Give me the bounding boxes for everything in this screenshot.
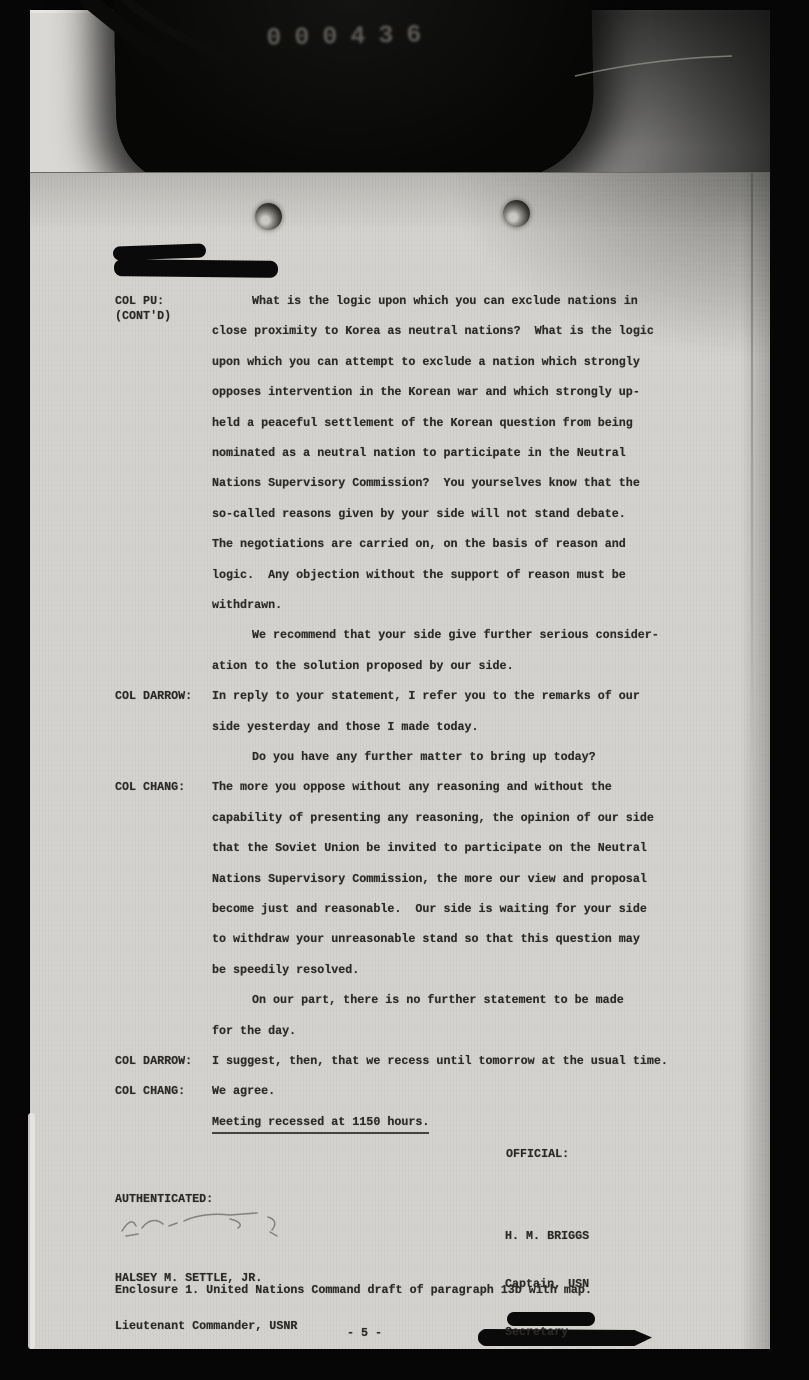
speaker-label: COL DARROW:	[115, 689, 192, 703]
transcript-text: close proximity to Korea as neutral nati…	[212, 324, 654, 338]
transcript-text: withdrawn.	[212, 598, 282, 612]
enclosure-line: Enclosure 1. United Nations Command draf…	[115, 1283, 592, 1297]
speaker-label: COL CHANG:	[115, 780, 185, 794]
film-counter-device: 000436	[113, 0, 596, 187]
redaction-mark	[114, 259, 278, 278]
transcript-text: The more you oppose without any reasonin…	[212, 780, 612, 794]
paper-fastener-left	[255, 203, 282, 230]
transcript-text: The negotiations are carried on, on the …	[212, 537, 626, 551]
transcript-text: In reply to your statement, I refer you …	[212, 689, 640, 703]
transcript-text: I suggest, then, that we recess until to…	[212, 1054, 668, 1068]
officer-right-name: H. M. BRIGGS	[505, 1228, 589, 1244]
transcript-text: We agree.	[212, 1084, 275, 1098]
speaker-label: COL DARROW:	[115, 1054, 192, 1068]
speaker-label-contd: (CONT'D)	[115, 309, 171, 323]
transcript-text: Nations Supervisory Commission? You your…	[212, 476, 640, 490]
transcript-text: What is the logic upon which you can exc…	[252, 294, 638, 308]
transcript-text: to withdraw your unreasonable stand so t…	[212, 932, 640, 946]
speaker-label: COL CHANG:	[115, 1084, 185, 1098]
page-edge-line	[751, 173, 753, 773]
page-number: - 5 -	[347, 1326, 382, 1340]
paper-fastener-right	[503, 200, 530, 227]
transcript-text: be speedily resolved.	[212, 963, 359, 977]
transcript-text: that the Soviet Union be invited to part…	[212, 841, 647, 855]
transcript-text: On our part, there is no further stateme…	[252, 993, 624, 1007]
transcript-text: become just and reasonable. Our side is …	[212, 902, 647, 916]
officer-left-rank: Lieutenant Commander, USNR	[115, 1318, 297, 1334]
transcript-text: for the day.	[212, 1024, 296, 1038]
transcript-text: nominated as a neutral nation to partici…	[212, 446, 626, 460]
transcript-text: opposes intervention in the Korean war a…	[212, 385, 640, 399]
transcript-text: Meeting recessed at 1150 hours.	[212, 1115, 429, 1134]
transcript-text: so-called reasons given by your side wil…	[212, 507, 626, 521]
page-left-edge	[28, 1113, 35, 1349]
transcript-text: logic. Any objection without the support…	[212, 568, 626, 582]
transcript-text: We recommend that your side give further…	[252, 628, 659, 642]
scanned-document-photo: 000436 COL PU:(CONT'D)What is the logic …	[0, 0, 809, 1380]
transcript-text: Nations Supervisory Commission, the more…	[212, 872, 647, 886]
transcript-text: upon which you can attempt to exclude a …	[212, 355, 640, 369]
signature-scribble	[118, 1207, 290, 1241]
officer-right-role: Secretary	[505, 1324, 589, 1340]
transcript-text: capability of presenting any reasoning, …	[212, 811, 654, 825]
transcript-text: side yesterday and those I made today.	[212, 720, 479, 734]
document-page: COL PU:(CONT'D)What is the logic upon wh…	[30, 172, 770, 1349]
officer-left-block: HALSEY M. SETTLE, JR. Lieutenant Command…	[115, 1238, 297, 1366]
transcript-text: ation to the solution proposed by our si…	[212, 659, 514, 673]
speaker-label: COL PU:	[115, 294, 164, 308]
transcript-text: Do you have any further matter to bring …	[252, 750, 596, 764]
redaction-mark	[113, 243, 206, 260]
official-label: OFFICIAL:	[506, 1147, 569, 1161]
transcript-text: held a peaceful settlement of the Korean…	[212, 416, 633, 430]
counter-digits: 000436	[266, 20, 435, 53]
authenticated-label: AUTHENTICATED:	[115, 1192, 213, 1206]
